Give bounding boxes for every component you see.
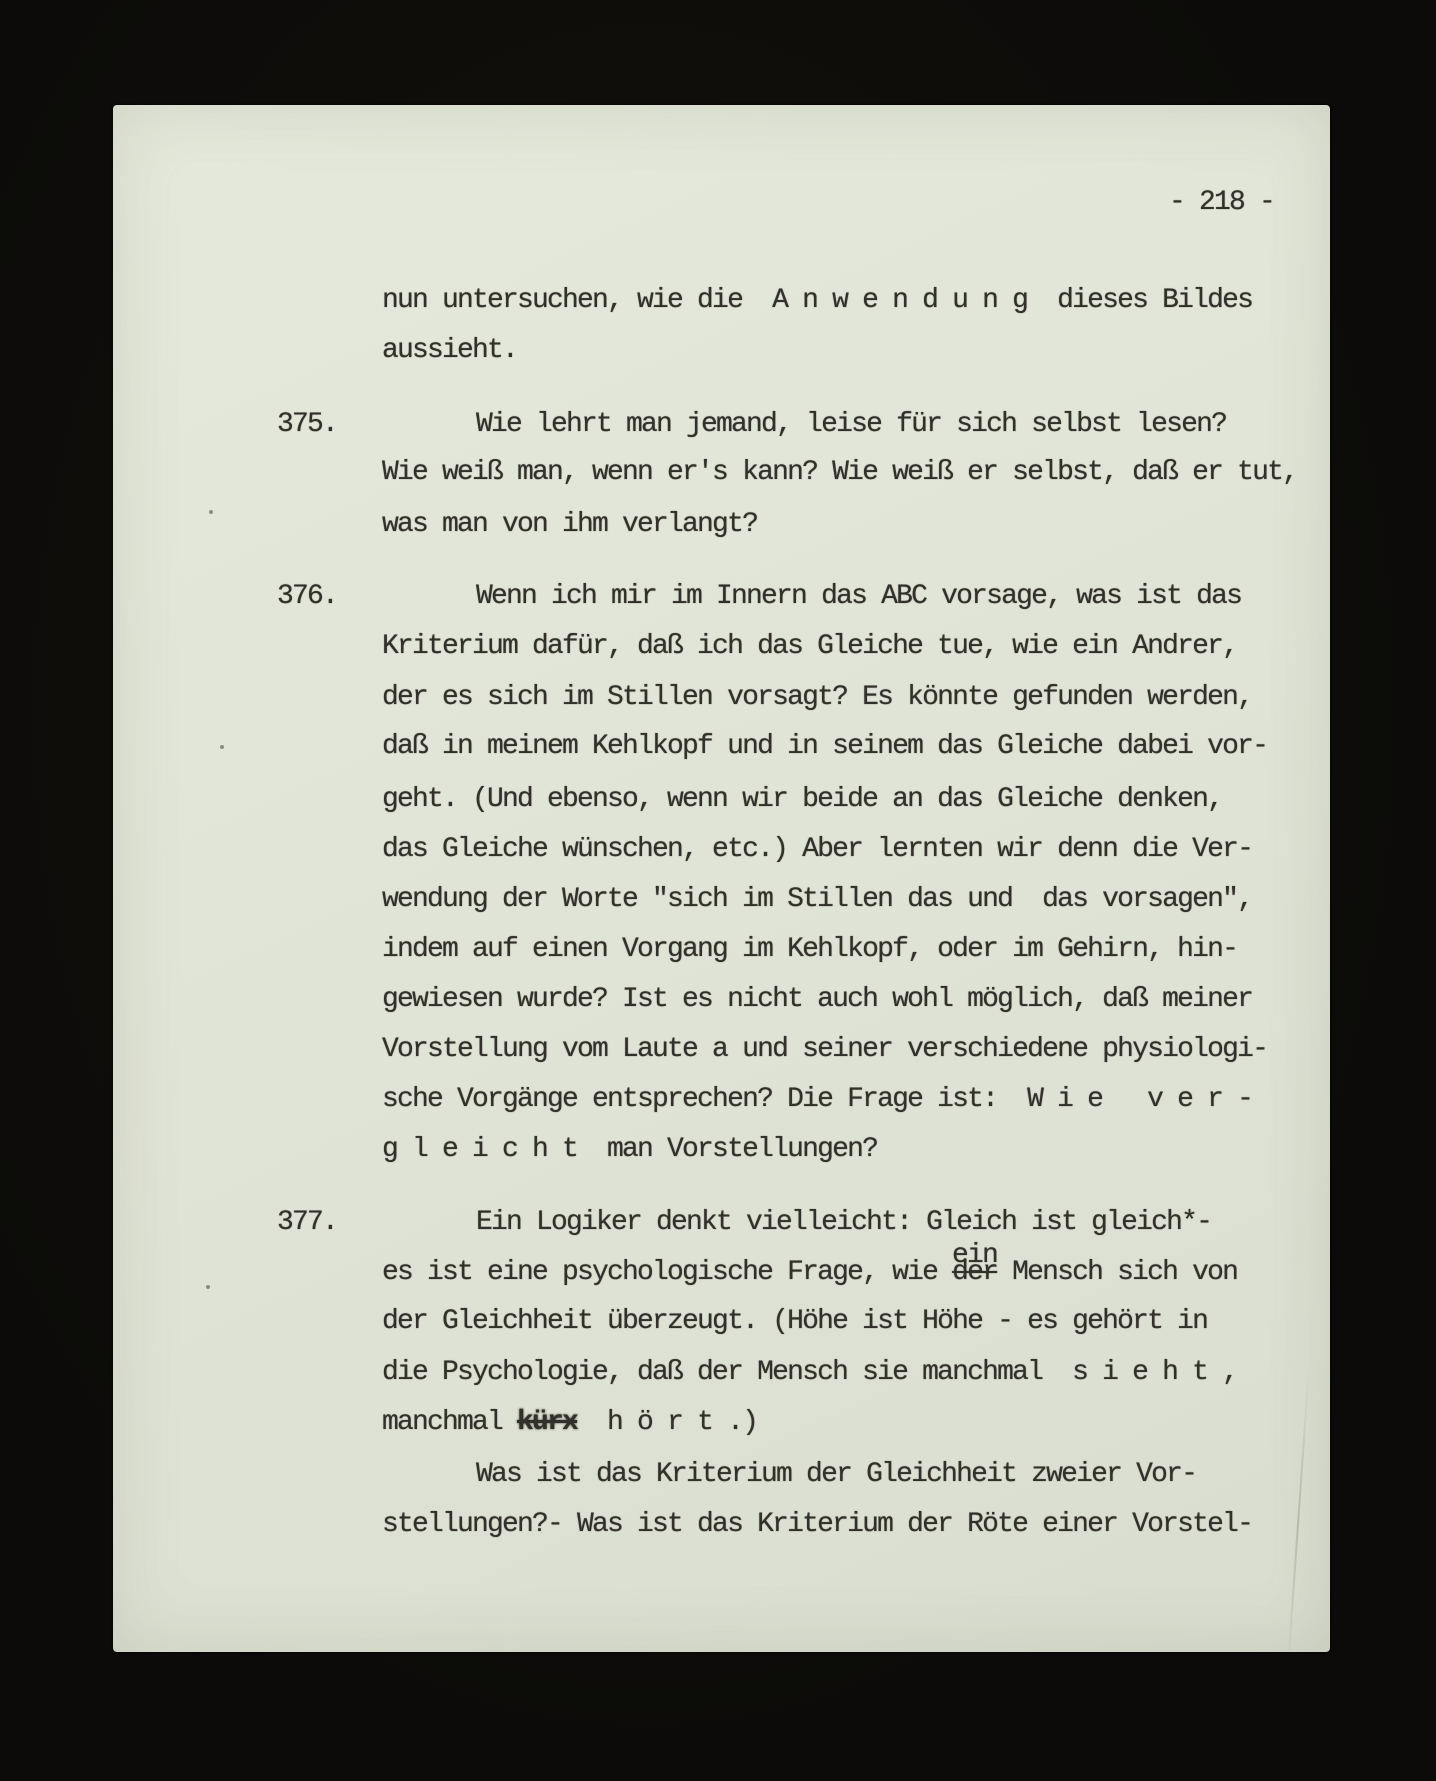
p377-line-1: Ein Logiker denkt vielleicht: Gleich ist… — [476, 1208, 1211, 1238]
p376-line-1: Wenn ich mir im Innern das ABC vorsage, … — [476, 582, 1241, 612]
p376-line-6: das Gleiche wünschen, etc.) Aber lernten… — [382, 835, 1252, 865]
paragraph-number-377: 377. — [277, 1208, 337, 1238]
p376-line-4: daß in meinem Kehlkopf und in seinem das… — [382, 732, 1267, 762]
p376-line-12: g l e i c h t man Vorstellungen? — [382, 1135, 877, 1165]
p377-line-2-strikethrough-word: der — [952, 1257, 997, 1288]
p377-line-6: Was ist das Kriterium der Gleichheit zwe… — [476, 1460, 1196, 1490]
p376-line-3: der es sich im Stillen vorsagt? Es könnt… — [382, 683, 1252, 713]
intro-line-1: nun untersuchen, wie die A n w e n d u n… — [382, 286, 1252, 316]
p376-line-10: Vorstellung vom Laute a und seiner versc… — [382, 1035, 1267, 1065]
intro-line-2: aussieht. — [382, 336, 517, 366]
scan-background: - 218 - nun untersuchen, wie die A n w e… — [0, 0, 1436, 1781]
p377-line-5-crossed-out-word: kürx — [517, 1407, 577, 1438]
page-number: - 218 - — [1169, 188, 1274, 218]
p377-line-5-prefix: manchmal — [382, 1407, 517, 1438]
p377-line-5-suffix: h ö r t .) — [577, 1407, 757, 1438]
paragraph-number-376: 376. — [277, 582, 337, 612]
scanned-page: - 218 - nun untersuchen, wie die A n w e… — [113, 105, 1330, 1652]
p375-line-2: Wie weiß man, wenn er's kann? Wie weiß e… — [382, 458, 1297, 488]
p377-line-3: der Gleichheit überzeugt. (Höhe ist Höhe… — [382, 1307, 1207, 1337]
paragraph-number-375: 375. — [277, 410, 337, 440]
paper-speck — [220, 745, 224, 749]
p376-line-7: wendung der Worte "sich im Stillen das u… — [382, 885, 1252, 915]
p376-line-9: gewiesen wurde? Ist es nicht auch wohl m… — [382, 985, 1252, 1015]
p377-line-7: stellungen?- Was ist das Kriterium der R… — [382, 1510, 1252, 1540]
p376-line-2: Kriterium dafür, daß ich das Gleiche tue… — [382, 632, 1237, 662]
p377-line-5: manchmal kürx h ö r t .) — [382, 1408, 757, 1438]
paper-speck — [209, 510, 213, 514]
p377-line-4: die Psychologie, daß der Mensch sie manc… — [382, 1358, 1237, 1388]
paper-speck — [206, 1285, 210, 1289]
paper-crease — [1288, 1370, 1310, 1649]
p377-line-2-suffix: Mensch sich von — [997, 1257, 1237, 1288]
p376-line-8: indem auf einen Vorgang im Kehlkopf, ode… — [382, 935, 1237, 965]
p377-line-2-prefix: es ist eine psychologische Frage, wie — [382, 1257, 952, 1288]
p375-line-3: was man von ihm verlangt? — [382, 510, 757, 540]
p375-line-1: Wie lehrt man jemand, leise für sich sel… — [476, 410, 1226, 440]
p376-line-5: geht. (Und ebenso, wenn wir beide an das… — [382, 785, 1222, 815]
p376-line-11: sche Vorgänge entsprechen? Die Frage ist… — [382, 1085, 1252, 1115]
p377-line-2: es ist eine psychologische Frage, wie de… — [382, 1258, 1237, 1288]
